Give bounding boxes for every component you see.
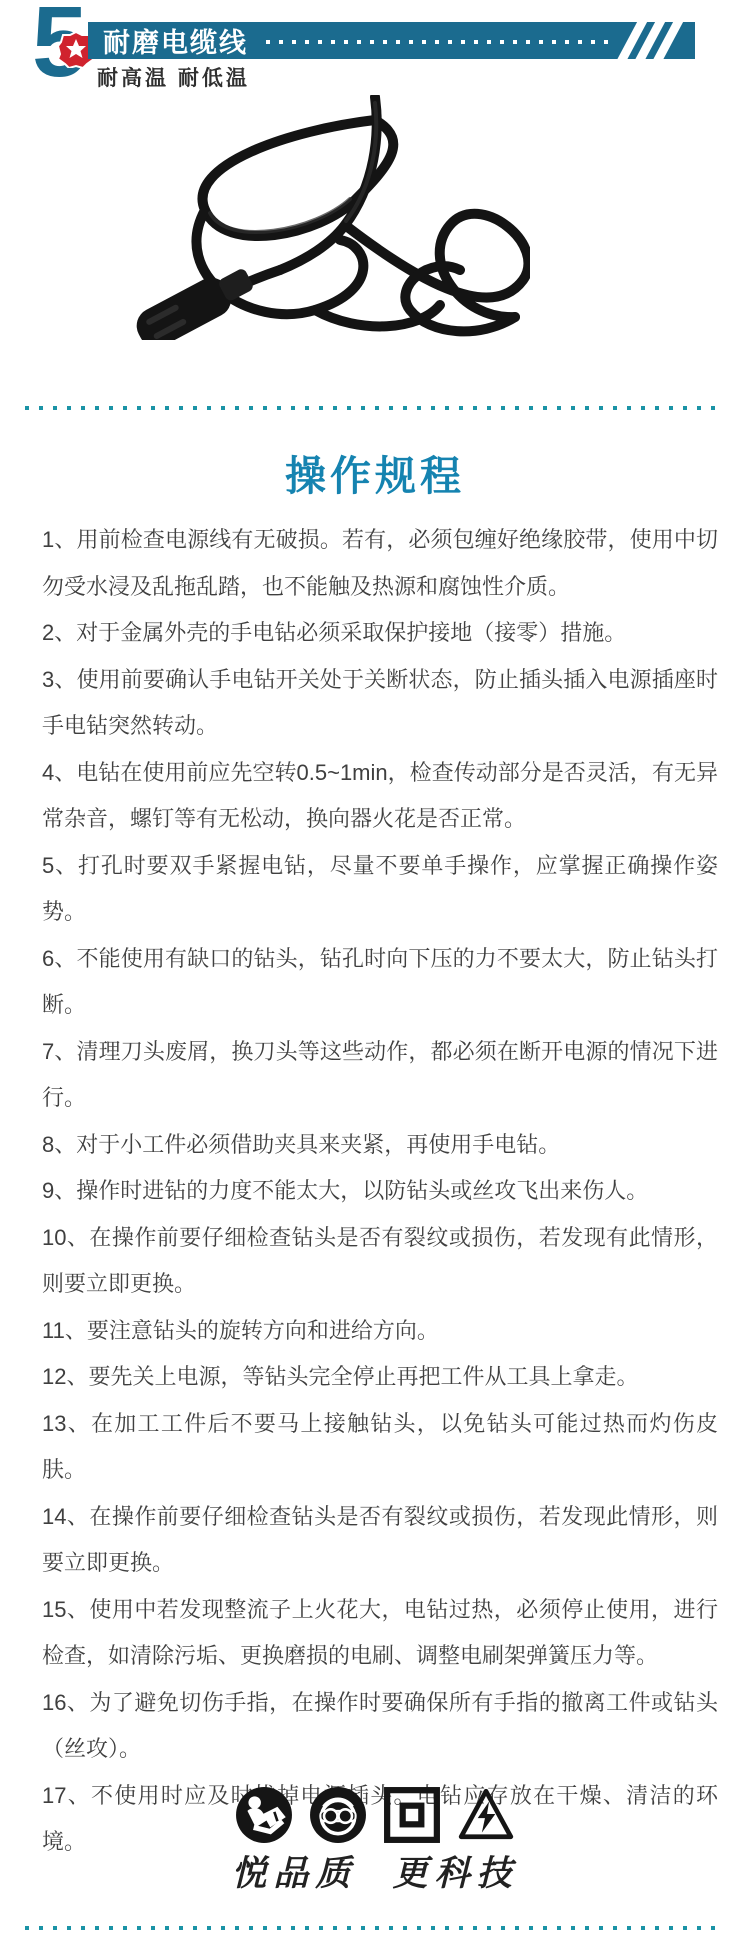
- dotted-divider-bottom: [25, 1926, 725, 1930]
- procedure-item-13: 13、在加工工件后不要马上接触钻头，以免钻头可能过热而灼伤皮肤。: [42, 1401, 718, 1494]
- procedure-item-9: 9、操作时进钻的力度不能太大，以防钻头或丝攻飞出来伤人。: [42, 1168, 718, 1215]
- product-cable-image: [130, 95, 530, 340]
- procedures-heading: 操作规程: [0, 443, 750, 502]
- procedure-item-2: 2、对于金属外壳的手电钻必须采取保护接地（接零）措施。: [42, 610, 718, 657]
- procedure-item-5: 5、打孔时要双手紧握电钻，尽量不要单手操作，应掌握正确操作姿势。: [42, 843, 718, 936]
- procedure-item-12: 12、要先关上电源，等钻头完全停止再把工件从工具上拿走。: [42, 1354, 718, 1401]
- product-detail-page: 5 耐磨电缆线 耐高温 耐低温: [0, 0, 750, 1958]
- banner-stripes-decoration: [627, 22, 673, 59]
- procedure-item-10: 10、在操作前要仔细检查钻头是否有裂纹或损伤，若发现有此情形，则要立即更换。: [42, 1215, 718, 1308]
- procedure-item-14: 14、在操作前要仔细检查钻头是否有裂纹或损伤，若发现此情形，则要立即更换。: [42, 1494, 718, 1587]
- procedure-item-8: 8、对于小工件必须借助夹具来夹紧，再使用手电钻。: [42, 1122, 718, 1169]
- brand-slogan: 悦品质 更科技: [0, 1846, 750, 1896]
- procedure-item-6: 6、不能使用有缺口的钻头，钻孔时向下压的力不要太大，防止钻头打断。: [42, 936, 718, 1029]
- procedure-item-3: 3、使用前要确认手电钻开关处于关断状态，防止插头插入电源插座时手电钻突然转动。: [42, 657, 718, 750]
- read-manual-icon: [235, 1786, 293, 1844]
- procedure-item-16: 16、为了避免切伤手指，在操作时要确保所有手指的撤离工件或钻头（丝攻）。: [42, 1680, 718, 1773]
- procedure-item-1: 1、用前检查电源线有无破损。若有，必须包缠好绝缘胶带，使用中切勿受水浸及乱拖乱踏…: [42, 517, 718, 610]
- procedures-list: 1、用前检查电源线有无破损。若有，必须包缠好绝缘胶带，使用中切勿受水浸及乱拖乱踏…: [42, 517, 718, 1866]
- dotted-divider-top: [25, 406, 725, 410]
- procedure-item-11: 11、要注意钻头的旋转方向和进给方向。: [42, 1308, 718, 1355]
- electric-hazard-icon: [457, 1786, 515, 1844]
- title-banner: 耐磨电缆线: [88, 22, 695, 59]
- page-title: 耐磨电缆线: [88, 22, 248, 59]
- banner-dotted-line: [266, 40, 611, 44]
- procedure-item-15: 15、使用中若发现整流子上火花大，电钻过热，必须停止使用，进行检查，如清除污垢、…: [42, 1587, 718, 1680]
- safety-icons-row: [235, 1786, 515, 1844]
- safety-goggles-icon: [309, 1786, 367, 1844]
- procedure-item-4: 4、电钻在使用前应先空转0.5~1min，检查传动部分是否灵活，有无异常杂音，螺…: [42, 750, 718, 843]
- page-subtitle: 耐高温 耐低温: [97, 62, 250, 92]
- double-insulation-icon: [383, 1786, 441, 1844]
- procedure-item-7: 7、清理刀头废屑，换刀头等这些动作，都必须在断开电源的情况下进行。: [42, 1029, 718, 1122]
